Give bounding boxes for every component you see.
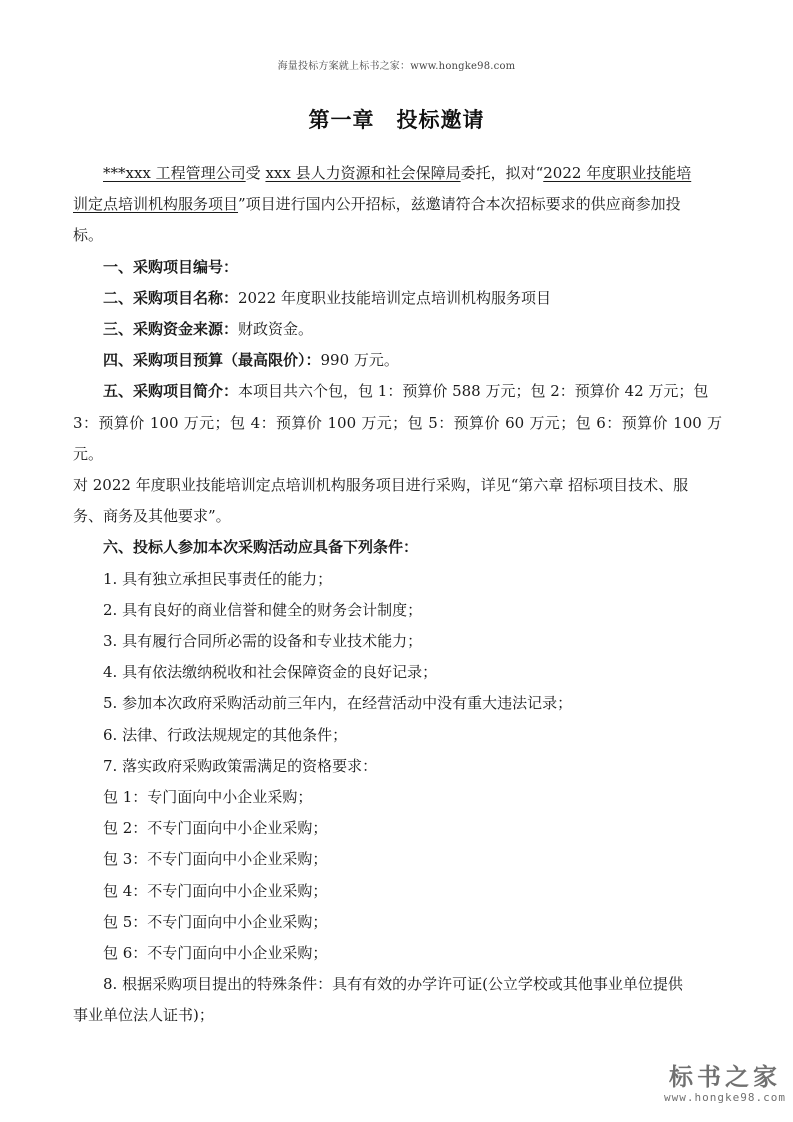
header-note: 海量投标方案就上标书之家：www.hongke98.com	[0, 57, 793, 72]
sme-policy-item: 包 2：不专门面向中小企业采购；	[73, 813, 722, 844]
sme-policy-item: 包 1：专门面向中小企业采购；	[73, 782, 722, 813]
project-name-part1: 2022 年度职业技能培	[543, 164, 691, 182]
chapter-title: 第一章 投标邀请	[0, 104, 793, 134]
watermark-logo: 标书之家 www.hongke98.com	[660, 1063, 790, 1105]
section-project-name: 二、采购项目名称：2022 年度职业技能培训定点培训机构服务项目	[73, 283, 722, 314]
condition-item: 1. 具有独立承担民事责任的能力；	[73, 564, 722, 595]
section-project-number: 一、采购项目编号：	[73, 252, 722, 283]
project-name-part2: 训定点培训机构服务项目	[73, 195, 238, 213]
sme-policy-item: 包 4：不专门面向中小企业采购；	[73, 876, 722, 907]
section-fund-source: 三、采购资金来源：财政资金。	[73, 314, 722, 345]
intro-paragraph: ***xxx 工程管理公司受 xxx 县人力资源和社会保障局委托，拟对“2022…	[73, 158, 722, 252]
watermark-brand: 标书之家	[660, 1063, 790, 1091]
condition-item: 3. 具有履行合同所必需的设备和专业技术能力；	[73, 626, 722, 657]
condition-item: 5. 参加本次政府采购活动前三年内，在经营活动中没有重大违法记录；	[73, 688, 722, 719]
condition-item: 6. 法律、行政法规规定的其他条件；	[73, 720, 722, 751]
condition-item-special: 8. 根据采购项目提出的特殊条件：具有有效的办学许可证(公立学校或其他事业单位提…	[73, 969, 722, 1031]
section-summary: 五、采购项目简介：本项目共六个包，包 1：预算价 588 万元；包 2：预算价 …	[73, 376, 722, 532]
condition-item: 4. 具有依法缴纳税收和社会保障资金的良好记录；	[73, 657, 722, 688]
condition-item: 2. 具有良好的商业信誉和健全的财务会计制度；	[73, 595, 722, 626]
sme-policy-item: 包 3：不专门面向中小企业采购；	[73, 844, 722, 875]
client-name: xxx 县人力资源和社会保障局	[265, 164, 460, 182]
sme-policy-item: 包 6：不专门面向中小企业采购；	[73, 938, 722, 969]
section-budget: 四、采购项目预算（最高限价）：990 万元。	[73, 345, 722, 376]
condition-item: 7. 落实政府采购政策需满足的资格要求：	[73, 751, 722, 782]
watermark-url: www.hongke98.com	[660, 1091, 790, 1105]
agency-name: ***xxx 工程管理公司	[103, 164, 246, 182]
document-body: ***xxx 工程管理公司受 xxx 县人力资源和社会保障局委托，拟对“2022…	[73, 158, 722, 1032]
conditions-heading: 六、投标人参加本次采购活动应具备下列条件：	[73, 532, 722, 563]
sme-policy-item: 包 5：不专门面向中小企业采购；	[73, 907, 722, 938]
